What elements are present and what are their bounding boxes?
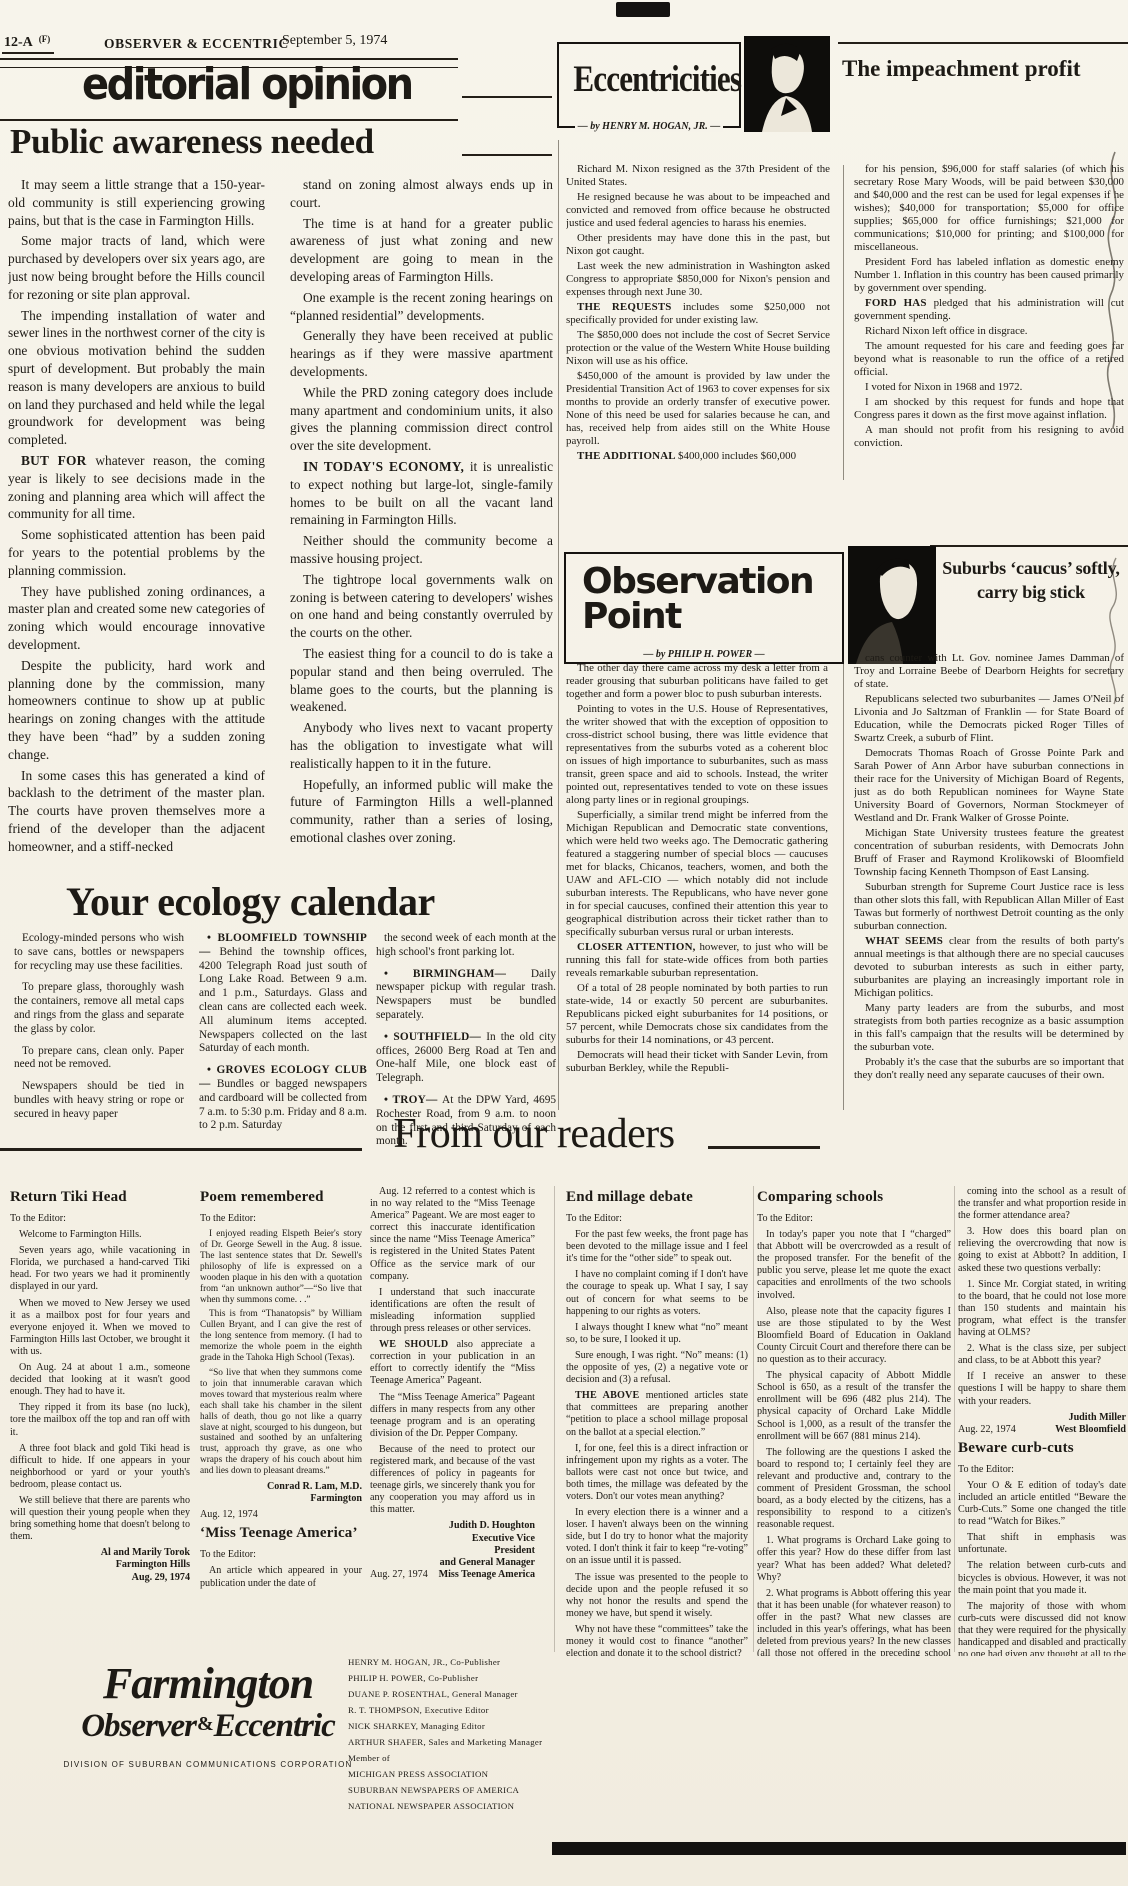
paragraph: The other day there came across my desk … <box>566 662 828 701</box>
salutation: To the Editor: <box>958 1464 1126 1476</box>
page-number: 12-A(F) <box>4 34 50 51</box>
ecology-column-1: Ecology-minded persons who wish to save … <box>14 932 184 1148</box>
letter-heading: Beware curb-cuts <box>958 1440 1126 1457</box>
ampersand-crest: & <box>196 1713 214 1736</box>
paragraph: In every election there is a winner and … <box>566 1507 748 1567</box>
paragraph: Because of the need to protect our regis… <box>370 1444 535 1517</box>
paragraph: 2. What programs is Abbott offering this… <box>757 1588 951 1656</box>
readers-banner: From our readers <box>366 1110 702 1158</box>
paragraph: Neither should the community become a ma… <box>290 532 553 568</box>
paragraph: WHAT SEEMS clear from the results of bot… <box>854 935 1124 1000</box>
paragraph: We still believe that there are parents … <box>10 1495 190 1543</box>
letters-column-5: Comparing schoolsTo the Editor:In today'… <box>757 1186 951 1656</box>
paragraph: Aug. 12 referred to a contest which is i… <box>370 1186 535 1283</box>
paragraph: The easiest thing for a council to do is… <box>290 645 553 716</box>
paragraph: Sure enough, I was right. “No” means: (1… <box>566 1350 748 1386</box>
observation-headline: Suburbs ‘caucus’ softly, carry big stick <box>934 556 1128 605</box>
masthead-logo: Farmington Observer&Eccentric DIVISION O… <box>58 1660 358 1769</box>
paragraph: NICK SHARKEY, Managing Editor <box>348 1718 584 1734</box>
masthead-eccentric: Eccentric <box>214 1708 335 1744</box>
paragraph: If I receive an answer to these question… <box>958 1371 1126 1407</box>
paragraph: I have no complaint coming if I don't ha… <box>566 1269 748 1317</box>
paragraph: Ecology-minded persons who wish to save … <box>14 932 184 973</box>
paragraph: THE REQUESTS includes some $250,000 not … <box>566 301 830 327</box>
banner-rule <box>708 1146 820 1149</box>
salutation: To the Editor: <box>757 1213 951 1225</box>
paragraph: THE ADDITIONAL $400,000 includes $60,000 <box>566 450 830 463</box>
eccentricities-logo-box: Eccentricities <box>557 42 741 128</box>
paragraph: To prepare glass, thoroughly wash the co… <box>14 981 184 1036</box>
column-divider <box>558 140 559 1110</box>
columnist-photo-hogan <box>744 36 830 132</box>
letters-column-2: Poem rememberedTo the Editor:I enjoyed r… <box>200 1186 362 1656</box>
paragraph: The “Miss Teenage America” Pageant diffe… <box>370 1392 535 1440</box>
paragraph: Hopefully, an informed public will make … <box>290 776 553 847</box>
paragraph: On Aug. 24 at about 1 a.m., someone deci… <box>10 1362 190 1398</box>
observation-point-logo: Observation Point <box>566 554 842 635</box>
letter-heading: Poem remembered <box>200 1189 362 1206</box>
paragraph: President Ford has labeled inflation as … <box>854 256 1124 295</box>
masthead-division: DIVISION OF SUBURBAN COMMUNICATIONS CORP… <box>58 1760 358 1769</box>
paragraph: The tightrope local governments walk on … <box>290 571 553 642</box>
salutation: To the Editor: <box>10 1213 190 1225</box>
editorial-headline: Public awareness needed <box>10 122 555 162</box>
paragraph: I enjoyed reading Elspeth Beier's story … <box>200 1229 362 1305</box>
paragraph: He resigned because he was about to be i… <box>566 191 830 230</box>
paragraph: In some cases this has generated a kind … <box>8 767 265 856</box>
paragraph: The following are the questions I asked … <box>757 1447 951 1532</box>
paragraph: This is from “Thanatopsis” by William Cu… <box>200 1309 362 1364</box>
paragraph: Member of <box>348 1750 584 1766</box>
paragraph: Other presidents may have done this in t… <box>566 232 830 258</box>
paragraph: coming into the school as a result of th… <box>958 1186 1126 1222</box>
paragraph: Many party leaders are from the suburbs,… <box>854 1002 1124 1054</box>
paragraph: Generally they have been received at pub… <box>290 327 553 380</box>
observation-column-1: The other day there came across my desk … <box>566 662 828 1112</box>
masthead-paper-name: Observer&Eccentric <box>58 1708 358 1746</box>
page-number-text: 12-A <box>4 35 33 50</box>
paragraph: THE ABOVE mentioned articles state that … <box>566 1390 748 1438</box>
paragraph: HENRY M. HOGAN, JR., Co-Publisher <box>348 1654 584 1670</box>
paragraph: A three foot black and gold Tiki head is… <box>10 1443 190 1491</box>
byline: by HENRY M. HOGAN, JR. <box>545 121 753 132</box>
letter-heading: Comparing schools <box>757 1189 951 1206</box>
paragraph: Some major tracts of land, which were pu… <box>8 232 265 303</box>
paragraph: IN TODAY'S ECONOMY, it is unrealistic to… <box>290 458 553 529</box>
masthead-city: Farmington <box>58 1660 358 1708</box>
impeachment-column-1: Richard M. Nixon resigned as the 37th Pr… <box>566 163 830 483</box>
column-divider <box>843 652 844 1110</box>
salutation: To the Editor: <box>566 1213 748 1225</box>
paragraph: Michigan State University trustees featu… <box>854 827 1124 879</box>
paragraph: $450,000 of the amount is provided by la… <box>566 370 830 448</box>
paragraph: Welcome to Farmington Hills. <box>10 1229 190 1241</box>
headline-rule <box>838 42 1128 44</box>
paragraph: Some sophisticated attention has been pa… <box>8 526 265 579</box>
paragraph: “So live that when they summons come to … <box>200 1368 362 1477</box>
paragraph: I understand that such inaccurate identi… <box>370 1287 535 1335</box>
paragraph: The issue was presented to the people to… <box>566 1572 748 1620</box>
byline: by PHILIP H. POWER <box>564 649 844 660</box>
paragraph: Pointing to votes in the U.S. House of R… <box>566 703 828 807</box>
paragraph: • GROVES ECOLOGY CLUB — Bundles or bagge… <box>199 1064 367 1133</box>
paragraph: stand on zoning almost always ends up in… <box>290 176 553 212</box>
paragraph: SUBURBAN NEWSPAPERS OF AMERICA <box>348 1782 584 1798</box>
paragraph: Of a total of 28 people nominated by bot… <box>566 982 828 1047</box>
paragraph: I, for one, feel this is a direct infrac… <box>566 1443 748 1503</box>
paragraph: ARTHUR SHAFER, Sales and Marketing Manag… <box>348 1734 584 1750</box>
paragraph: MICHIGAN PRESS ASSOCIATION <box>348 1766 584 1782</box>
letters-column-1: Return Tiki HeadTo the Editor:Welcome to… <box>10 1186 190 1654</box>
byline-text: by PHILIP H. POWER <box>640 649 767 660</box>
ecology-column-2: • BLOOMFIELD TOWNSHIP— Behind the townsh… <box>199 932 367 1148</box>
columnist-photo-power <box>848 546 936 664</box>
headline-line: Suburbs ‘caucus’ softly, <box>934 556 1128 580</box>
paragraph: the second week of each month at the hig… <box>376 932 556 960</box>
paragraph: To prepare cans, clean only. Paper need … <box>14 1045 184 1073</box>
paragraph: In today's paper you note that I “charge… <box>757 1229 951 1302</box>
paragraph: Your O & E edition of today's date inclu… <box>958 1480 1126 1528</box>
paragraph: FORD HAS pledged that his administration… <box>854 297 1124 323</box>
paragraph: They have published zoning ordinances, a… <box>8 583 265 654</box>
paragraph: Newspapers should be tied in bundles wit… <box>14 1080 184 1121</box>
paper-name: OBSERVER & ECCENTRIC <box>104 36 289 52</box>
paragraph: DUANE P. ROSENTHAL, General Manager <box>348 1686 584 1702</box>
paragraph: Seven years ago, while vacationing in Fl… <box>10 1245 190 1293</box>
paragraph: For the past few weeks, the front page h… <box>566 1229 748 1265</box>
paragraph: The time is at hand for a greater public… <box>290 215 553 286</box>
paragraph: Probably it's the case that the suburbs … <box>854 1056 1124 1082</box>
paragraph: 2. What is the class size, per subject a… <box>958 1343 1126 1367</box>
headline-rule <box>930 545 1128 547</box>
letter-heading: Return Tiki Head <box>10 1189 190 1206</box>
impeachment-headline: The impeachment profit <box>842 56 1128 82</box>
column-divider <box>753 1186 754 1652</box>
signature: Al and Marily TorokFarmington HillsAug. … <box>10 1547 190 1583</box>
paragraph: Why not have these “committees” take the… <box>566 1624 748 1656</box>
paragraph: NATIONAL NEWSPAPER ASSOCIATION <box>348 1798 584 1814</box>
column-divider <box>843 165 844 480</box>
salutation: To the Editor: <box>200 1549 362 1561</box>
paragraph: Last week the new administration in Wash… <box>566 260 830 299</box>
paragraph: Richard Nixon left office in disgrace. <box>854 325 1124 338</box>
pen-scribble <box>1101 150 1127 430</box>
letters-column-4: End millage debateTo the Editor:For the … <box>566 1186 748 1656</box>
letter-heading: End millage debate <box>566 1189 748 1206</box>
banner-rule <box>0 119 458 121</box>
paragraph: They ripped it from its base (no luck), … <box>10 1402 190 1438</box>
paragraph: 1. What programs is Orchard Lake going t… <box>757 1535 951 1583</box>
column-divider <box>554 1186 555 1652</box>
paragraph: Suburban strength for Supreme Court Just… <box>854 881 1124 933</box>
signature-row: Aug. 22, 1974Judith MillerWest Bloomfiel… <box>958 1412 1126 1436</box>
paragraph: I voted for Nixon in 1968 and 1972. <box>854 381 1124 394</box>
letters-column-3: Aug. 12 referred to a contest which is i… <box>370 1186 535 1656</box>
paragraph: When we moved to New Jersey we used it a… <box>10 1298 190 1358</box>
paragraph: CLOSER ATTENTION, however, to just who w… <box>566 941 828 980</box>
paragraph: PHILIP H. POWER, Co-Publisher <box>348 1670 584 1686</box>
logo-line: Observation <box>582 564 842 599</box>
date-line: Aug. 12, 1974 <box>200 1509 362 1521</box>
issue-date: September 5, 1974 <box>282 33 387 49</box>
paragraph: The relation between curb-cuts and bicyc… <box>958 1560 1126 1596</box>
paragraph: Democrats Thomas Roach of Grosse Pointe … <box>854 747 1124 825</box>
letters-column-6: coming into the school as a result of th… <box>958 1186 1126 1656</box>
paragraph: R. T. THOMPSON, Executive Editor <box>348 1702 584 1718</box>
signature: Conrad R. Lam, M.D.Farmington <box>200 1481 362 1505</box>
paragraph: The majority of those with whom curb-cut… <box>958 1601 1126 1656</box>
impeachment-column-2: for his pension, $96,000 for staff salar… <box>854 163 1124 483</box>
paragraph: for his pension, $96,000 for staff salar… <box>854 163 1124 254</box>
paragraph: • SOUTHFIELD— In the old city offices, 2… <box>376 1031 556 1086</box>
paragraph: 3. How does this board plan on relieving… <box>958 1226 1126 1274</box>
salutation: To the Editor: <box>200 1213 362 1225</box>
paragraph: 1. Since Mr. Corgiat stated, in writing … <box>958 1279 1126 1339</box>
logo-line: Point <box>582 599 842 634</box>
paragraph: Richard M. Nixon resigned as the 37th Pr… <box>566 163 830 189</box>
edition-code: (F) <box>39 34 51 44</box>
paragraph: Also, please note that the capacity figu… <box>757 1306 951 1366</box>
byline-text: by HENRY M. HOGAN, JR. <box>575 121 724 132</box>
newspaper-page: 12-A(F) OBSERVER & ECCENTRIC September 5… <box>0 0 1128 1886</box>
banner-rule <box>0 1148 362 1151</box>
paragraph: cans counter with Lt. Gov. nominee James… <box>854 652 1124 691</box>
paragraph: I am shocked by this request for funds a… <box>854 396 1124 422</box>
paragraph: • BIRMINGHAM— Daily newspaper pickup wit… <box>376 968 556 1023</box>
headline-line: carry big stick <box>934 580 1128 604</box>
masthead-observer: Observer <box>81 1708 196 1744</box>
observation-point-logo-box: Observation Point <box>564 552 844 664</box>
paragraph: Anybody who lives next to vacant propert… <box>290 719 553 772</box>
paragraph: A man should not profit from his resigni… <box>854 424 1124 450</box>
paragraph: BUT FOR whatever reason, the coming year… <box>8 452 265 523</box>
paragraph: The impending installation of water and … <box>8 307 265 449</box>
editorial-opinion-banner: editorial opinion <box>82 60 462 110</box>
ecology-headline: Your ecology calendar <box>66 878 526 925</box>
masthead-staff-list: HENRY M. HOGAN, JR., Co-PublisherPHILIP … <box>348 1654 584 1814</box>
paragraph: I always thought I knew what “no” meant … <box>566 1322 748 1346</box>
editorial-column-2: stand on zoning almost always ends up in… <box>290 176 553 876</box>
editorial-column-1: It may seem a little strange that a 150-… <box>8 176 265 876</box>
scan-artifact <box>616 2 670 17</box>
paragraph: Democrats will head their ticket with Sa… <box>566 1049 828 1075</box>
paragraph: Superficially, a similar trend might be … <box>566 809 828 939</box>
decorative-rule <box>462 154 552 156</box>
paragraph: One example is the recent zoning hearing… <box>290 289 553 325</box>
paragraph: Despite the publicity, hard work and pla… <box>8 657 265 764</box>
paragraph: It may seem a little strange that a 150-… <box>8 176 265 229</box>
paragraph: That shift in emphasis was unfortunate. <box>958 1532 1126 1556</box>
decorative-rule <box>462 96 552 98</box>
paragraph: The physical capacity of Abbott Middle S… <box>757 1370 951 1443</box>
letter-heading: ‘Miss Teenage America’ <box>200 1525 362 1542</box>
signature-row: Aug. 27, 1974Judith D. HoughtonExecutive… <box>370 1520 535 1580</box>
paragraph: An article which appeared in your public… <box>200 1565 362 1589</box>
header-rule <box>2 52 54 54</box>
paragraph: The amount requested for his care and fe… <box>854 340 1124 379</box>
paragraph: The $850,000 does not include the cost o… <box>566 329 830 368</box>
eccentricities-logo: Eccentricities <box>573 58 724 101</box>
paragraph: WE SHOULD also appreciate a correction i… <box>370 1339 535 1387</box>
column-divider <box>954 1186 955 1652</box>
observation-column-2: cans counter with Lt. Gov. nominee James… <box>854 652 1124 1112</box>
paragraph: • BLOOMFIELD TOWNSHIP— Behind the townsh… <box>199 932 367 1056</box>
paragraph: Republicans selected two suburbanites — … <box>854 693 1124 745</box>
paragraph: While the PRD zoning category does inclu… <box>290 384 553 455</box>
bottom-ink-bar <box>552 1842 1126 1855</box>
